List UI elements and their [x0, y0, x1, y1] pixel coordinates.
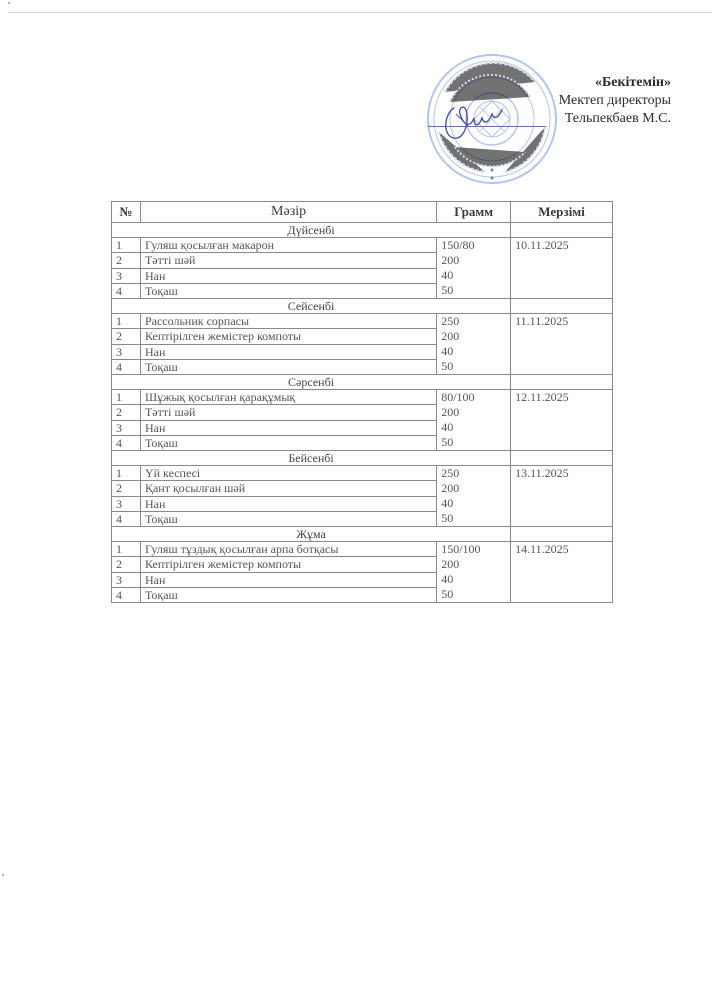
gram-value: 200: [441, 481, 506, 496]
serving-date: 11.11.2025: [511, 314, 613, 375]
day-header-row: Сәрсенбі: [112, 375, 613, 390]
table-header-row: № Мәзір Грамм Мерзімі: [112, 202, 613, 223]
gram-value: 150/100: [441, 542, 506, 557]
item-number: 1: [112, 542, 141, 557]
dish-name: Тоқаш: [140, 587, 436, 602]
day-header-row: Сейсенбі: [112, 299, 613, 314]
scan-artifact-dot: [2, 874, 4, 876]
gram-value: 150/80: [441, 238, 506, 253]
menu-table: № Мәзір Грамм Мерзімі Дүйсенбі1Гуляш қос…: [111, 201, 613, 603]
dish-name: Нан: [140, 496, 436, 511]
item-number: 1: [112, 238, 141, 253]
table-row: 1Рассольник сорпасы250200405011.11.2025: [112, 314, 613, 329]
item-number: 3: [112, 572, 141, 587]
approval-block: «Бекітемін» Мектеп директоры Тельпекбаев…: [559, 74, 671, 128]
approval-position: Мектеп директоры: [559, 92, 671, 110]
item-number: 2: [112, 557, 141, 572]
dish-name: Нан: [140, 344, 436, 359]
day-header-row: Бейсенбі: [112, 451, 613, 466]
day-header-date-blank: [511, 299, 613, 314]
dish-name: Қант қосылған шәй: [140, 481, 436, 496]
table-row: 1Шұжық қосылған қарақұмық80/100200405012…: [112, 390, 613, 405]
approval-name: Тельпекбаев М.С.: [559, 110, 671, 128]
dish-name: Тәтті шәй: [140, 253, 436, 268]
gram-value: 40: [441, 268, 506, 283]
gram-value: 80/100: [441, 390, 506, 405]
dish-name: Нан: [140, 572, 436, 587]
header-menu: Мәзір: [140, 202, 436, 223]
item-number: 3: [112, 496, 141, 511]
table-row: 1Гуляш тұздық қосылған арпа ботқасы150/1…: [112, 542, 613, 557]
item-number: 2: [112, 481, 141, 496]
serving-date: 10.11.2025: [511, 238, 613, 299]
dish-name: Рассольник сорпасы: [140, 314, 436, 329]
day-name: Дүйсенбі: [112, 223, 511, 238]
gram-value: 200: [441, 405, 506, 420]
header-gram: Грамм: [437, 202, 511, 223]
gram-value: 200: [441, 329, 506, 344]
dish-name: Тоқаш: [140, 435, 436, 450]
dish-name: Кептірілген жемістер компоты: [140, 329, 436, 344]
gram-values: 80/1002004050: [437, 390, 511, 451]
item-number: 1: [112, 466, 141, 481]
day-header-date-blank: [511, 527, 613, 542]
gram-value: 50: [441, 587, 506, 602]
dish-name: Тоқаш: [140, 283, 436, 298]
item-number: 4: [112, 359, 141, 374]
gram-value: 200: [441, 253, 506, 268]
item-number: 4: [112, 587, 141, 602]
item-number: 2: [112, 253, 141, 268]
serving-date: 14.11.2025: [511, 542, 613, 603]
gram-values: 150/802004050: [437, 238, 511, 299]
scan-artifact-line: [8, 12, 712, 13]
dish-name: Үй кеспесі: [140, 466, 436, 481]
day-name: Сәрсенбі: [112, 375, 511, 390]
dish-name: Тоқаш: [140, 511, 436, 526]
item-number: 1: [112, 314, 141, 329]
gram-values: 150/1002004050: [437, 542, 511, 603]
gram-value: 40: [441, 420, 506, 435]
day-header-date-blank: [511, 375, 613, 390]
scan-artifact-dot: [8, 2, 10, 4]
gram-value: 50: [441, 511, 506, 526]
header-date: Мерзімі: [511, 202, 613, 223]
item-number: 1: [112, 390, 141, 405]
serving-date: 12.11.2025: [511, 390, 613, 451]
dish-name: Нан: [140, 420, 436, 435]
gram-values: 2502004050: [437, 314, 511, 375]
gram-value: 250: [441, 466, 506, 481]
item-number: 4: [112, 435, 141, 450]
gram-value: 50: [441, 359, 506, 374]
header-num: №: [112, 202, 141, 223]
item-number: 4: [112, 283, 141, 298]
item-number: 2: [112, 405, 141, 420]
day-header-date-blank: [511, 451, 613, 466]
table-row: 1Гуляш қосылған макарон150/80200405010.1…: [112, 238, 613, 253]
day-header-row: Жұма: [112, 527, 613, 542]
item-number: 4: [112, 511, 141, 526]
item-number: 3: [112, 420, 141, 435]
day-header-row: Дүйсенбі: [112, 223, 613, 238]
dish-name: Кептірілген жемістер компоты: [140, 557, 436, 572]
gram-value: 40: [441, 572, 506, 587]
gram-value: 200: [441, 557, 506, 572]
dish-name: Тоқаш: [140, 359, 436, 374]
serving-date: 13.11.2025: [511, 466, 613, 527]
gram-value: 250: [441, 314, 506, 329]
day-name: Бейсенбі: [112, 451, 511, 466]
item-number: 3: [112, 268, 141, 283]
approval-title: «Бекітемін»: [559, 74, 671, 92]
dish-name: Гуляш қосылған макарон: [140, 238, 436, 253]
dish-name: Тәтті шәй: [140, 405, 436, 420]
gram-value: 50: [441, 435, 506, 450]
gram-value: 40: [441, 496, 506, 511]
day-name: Жұма: [112, 527, 511, 542]
gram-value: 40: [441, 344, 506, 359]
signature-icon: [440, 100, 510, 142]
dish-name: Гуляш тұздық қосылған арпа ботқасы: [140, 542, 436, 557]
dish-name: Нан: [140, 268, 436, 283]
day-header-date-blank: [511, 223, 613, 238]
item-number: 2: [112, 329, 141, 344]
dish-name: Шұжық қосылған қарақұмық: [140, 390, 436, 405]
item-number: 3: [112, 344, 141, 359]
gram-values: 2502004050: [437, 466, 511, 527]
day-name: Сейсенбі: [112, 299, 511, 314]
table-row: 1Үй кеспесі250200405013.11.2025: [112, 466, 613, 481]
gram-value: 50: [441, 283, 506, 298]
